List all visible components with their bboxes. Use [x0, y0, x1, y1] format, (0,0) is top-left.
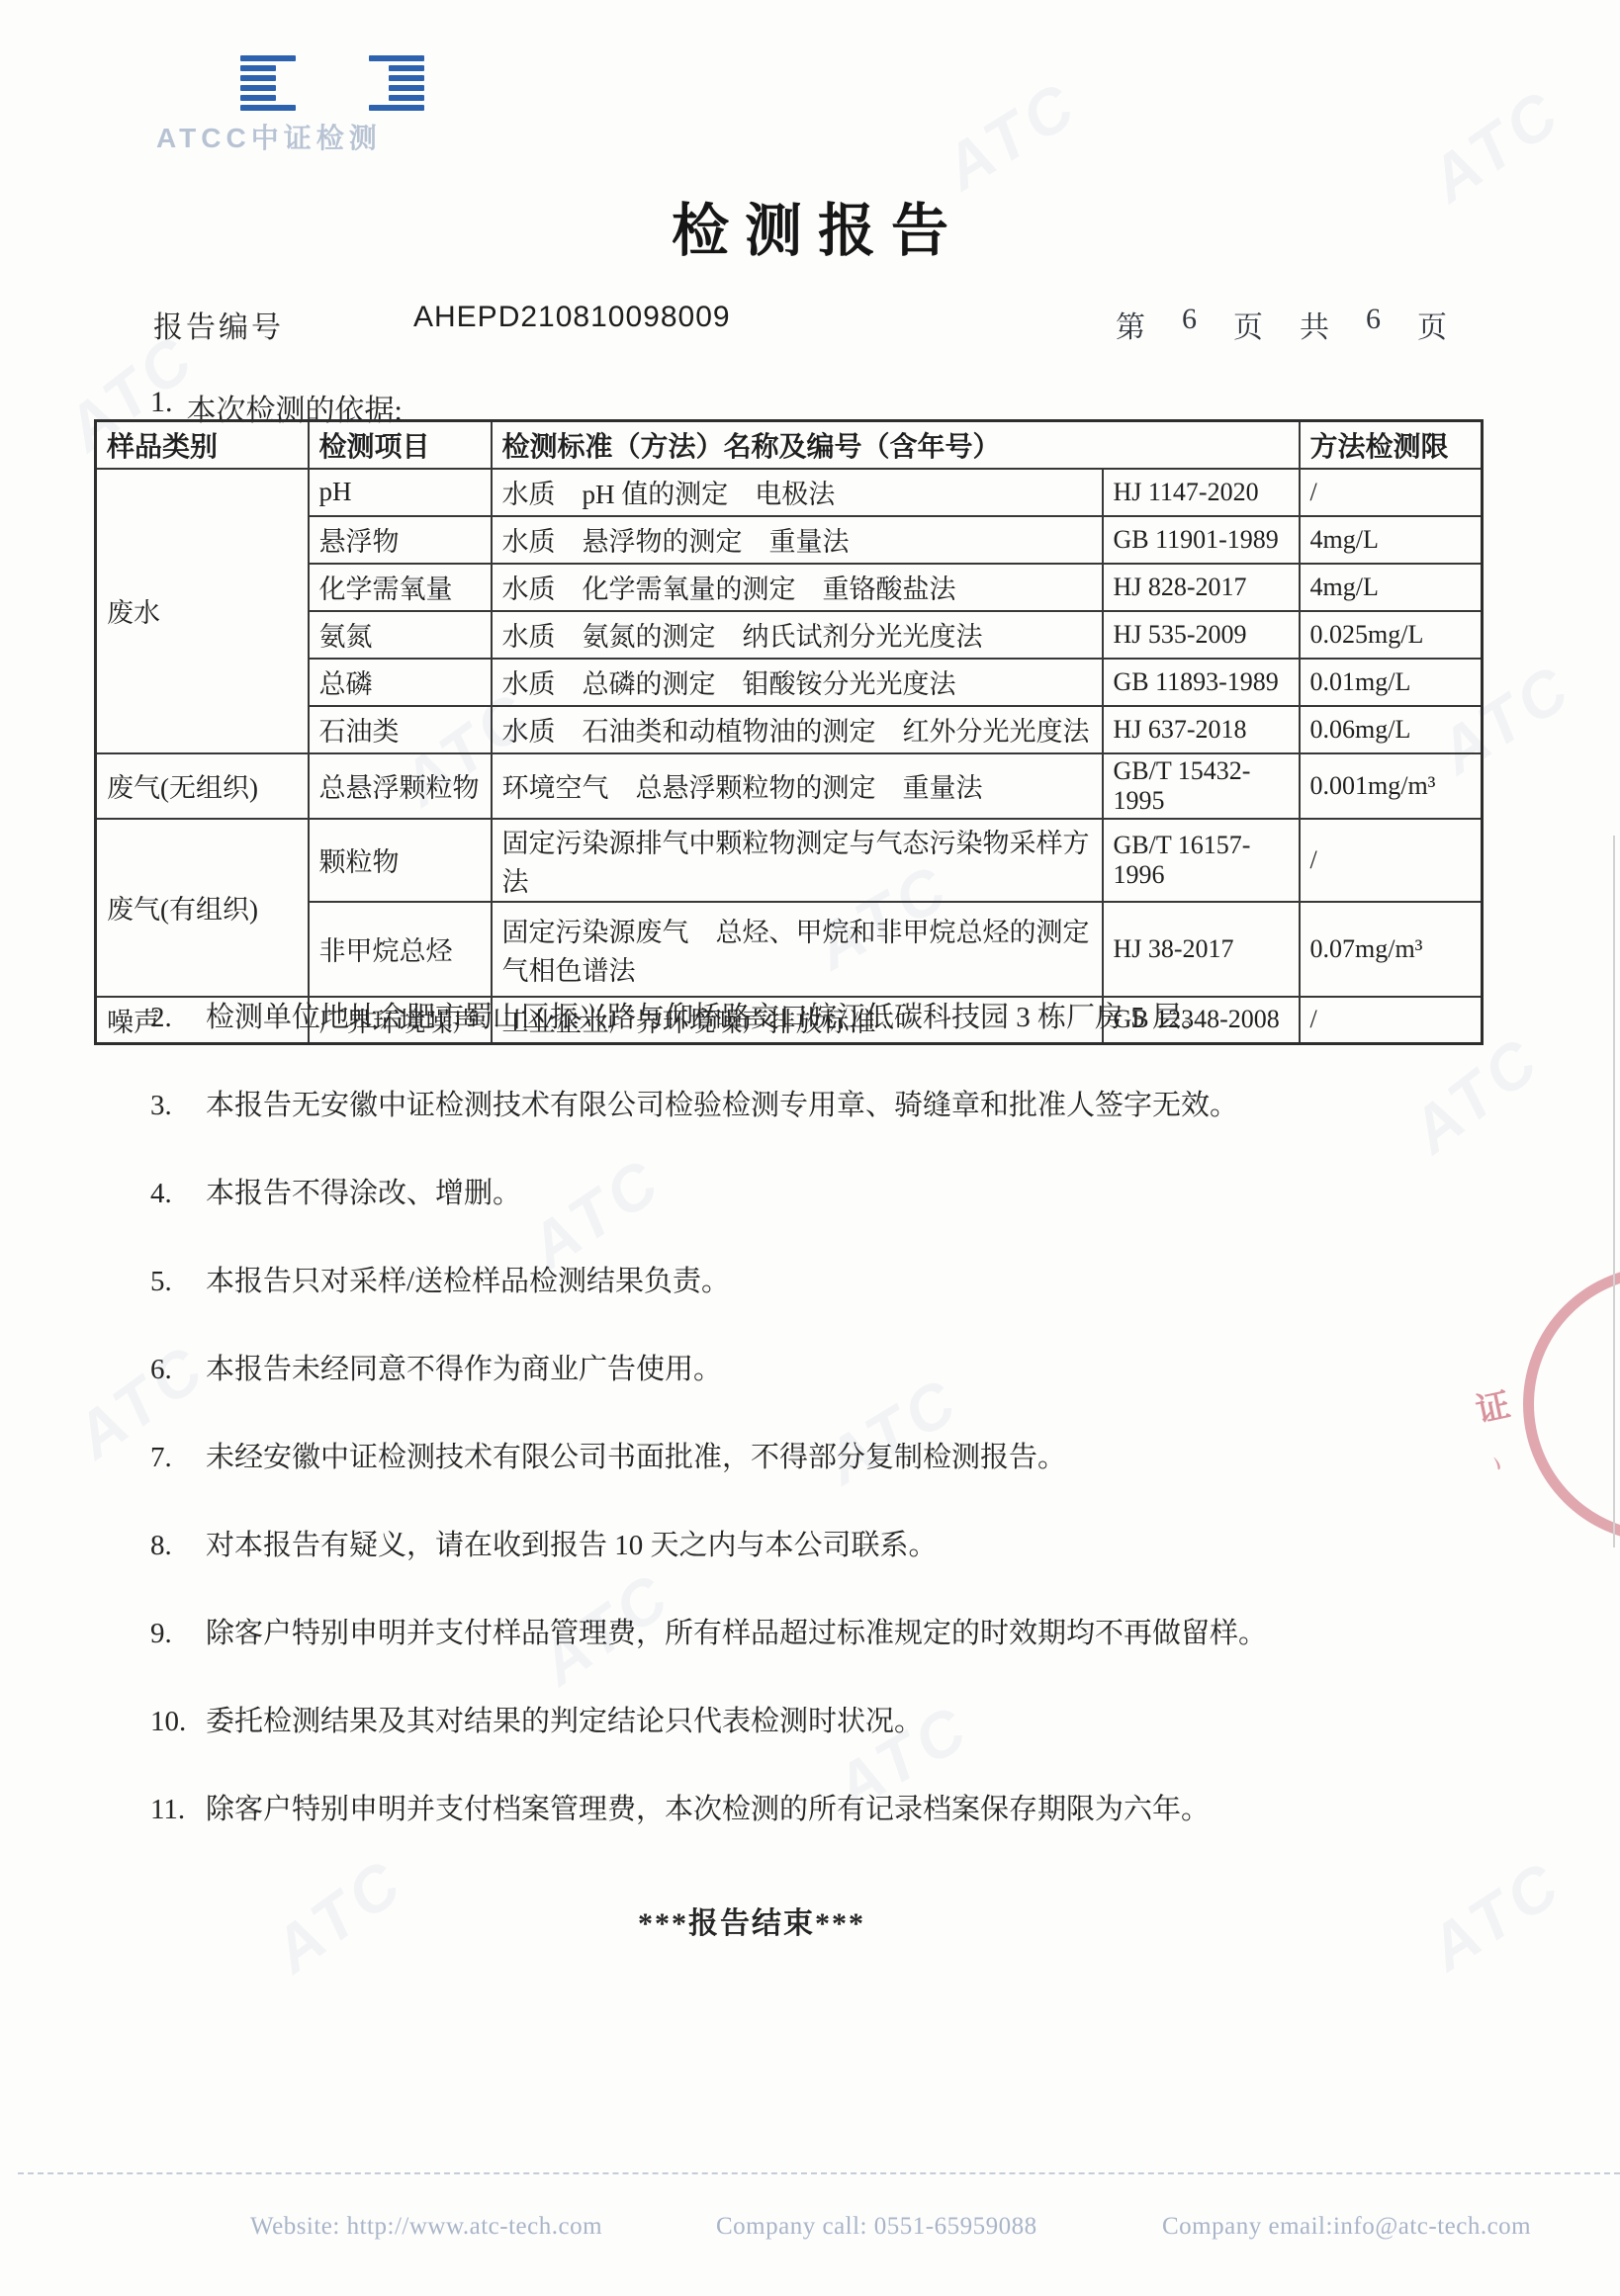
item-cell: 氨氮	[309, 611, 492, 659]
limit-cell: 0.07mg/m³	[1300, 902, 1483, 997]
note-text: 检测单位地址合肥市蜀山区振兴路与仰桥路交口皖江低碳科技园 3 栋厂房 5 层。	[206, 997, 1210, 1038]
table-row: 废气(有组织) 颗粒物 固定污染源排气中颗粒物测定与气态污染物采样方法 GB/T…	[96, 819, 1483, 902]
note-text: 本报告不得涂改、增删。	[206, 1173, 521, 1214]
note-text: 本报告未经同意不得作为商业广告使用。	[206, 1349, 722, 1390]
limit-cell: 0.025mg/L	[1300, 611, 1483, 659]
standard-code-cell: HJ 38-2017	[1103, 902, 1300, 997]
limit-cell: 4mg/L	[1300, 564, 1483, 611]
limit-cell: 0.06mg/L	[1300, 706, 1483, 753]
note-number: 10.	[150, 1701, 190, 1742]
note-number: 11.	[150, 1789, 190, 1830]
report-no-value: AHEPD210810098009	[413, 301, 731, 334]
note-text: 对本报告有疑义，请在收到报告 10 天之内与本公司联系。	[206, 1525, 938, 1566]
method-cell: 水质 化学需氧量的测定 重铬酸盐法	[492, 564, 1103, 611]
note-item: 8. 对本报告有疑义，请在收到报告 10 天之内与本公司联系。	[150, 1525, 1575, 1566]
company-logo-icon	[240, 55, 361, 115]
method-cell: 水质 pH 值的测定 电极法	[492, 469, 1103, 516]
note-item: 3. 本报告无安徽中证检测技术有限公司检验检测专用章、骑缝章和批准人签字无效。	[150, 1085, 1575, 1126]
category-cell: 废气(无组织)	[96, 753, 309, 819]
limit-cell: 0.001mg/m³	[1300, 753, 1483, 819]
note-item: 5. 本报告只对采样/送检样品检测结果负责。	[150, 1261, 1575, 1302]
table-row: 废气(无组织) 总悬浮颗粒物 环境空气 总悬浮颗粒物的测定 重量法 GB/T 1…	[96, 753, 1483, 819]
category-cell: 废水	[96, 469, 309, 753]
note-number: 6.	[150, 1349, 190, 1390]
note-item: 7. 未经安徽中证检测技术有限公司书面批准，不得部分复制检测报告。	[150, 1437, 1575, 1478]
page-indicator: 第 6 页 共 6 页	[1116, 303, 1447, 346]
col-header-category: 样品类别	[96, 421, 309, 469]
item-cell: 石油类	[309, 706, 492, 753]
page-title: 检测报告	[0, 184, 1620, 267]
table-header-row: 样品类别 检测项目 检测标准（方法）名称及编号（含年号） 方法检测限	[96, 421, 1483, 469]
note-number: 4.	[150, 1173, 190, 1214]
standard-code-cell: HJ 535-2009	[1103, 611, 1300, 659]
note-text: 本报告只对采样/送检样品检测结果负责。	[206, 1261, 730, 1302]
logo-right-bracket-icon	[369, 55, 424, 111]
item-cell: 总悬浮颗粒物	[309, 753, 492, 819]
note-number: 7.	[150, 1437, 190, 1478]
item-cell: 悬浮物	[309, 516, 492, 564]
note-number: 9.	[150, 1613, 190, 1654]
note-item: 2. 检测单位地址合肥市蜀山区振兴路与仰桥路交口皖江低碳科技园 3 栋厂房 5 …	[150, 997, 1575, 1038]
footer-divider	[18, 2172, 1620, 2174]
limit-cell: /	[1300, 819, 1483, 902]
method-cell: 水质 氨氮的测定 纳氏试剂分光光度法	[492, 611, 1103, 659]
standards-table: 样品类别 检测项目 检测标准（方法）名称及编号（含年号） 方法检测限 废水 pH…	[94, 419, 1484, 1045]
note-text: 除客户特别申明并支付档案管理费，本次检测的所有记录档案保存期限为六年。	[206, 1789, 1210, 1830]
page-indicator-part: 页	[1417, 303, 1447, 346]
brand-text: ATCC中证检测	[156, 117, 493, 156]
note-item: 11. 除客户特别申明并支付档案管理费，本次检测的所有记录档案保存期限为六年。	[150, 1789, 1575, 1830]
report-page: ATC ATC ATC ATC ATC ATC ATC ATC ATC ATC …	[0, 0, 1620, 2296]
limit-cell: 0.01mg/L	[1300, 659, 1483, 706]
col-header-limit: 方法检测限	[1300, 421, 1483, 469]
note-text: 委托检测结果及其对结果的判定结论只代表检测时状况。	[206, 1701, 923, 1742]
note-number: 5.	[150, 1261, 190, 1302]
category-cell: 废气(有组织)	[96, 819, 309, 997]
footer-phone: Company call: 0551-65959088	[716, 2213, 1037, 2241]
col-header-standard: 检测标准（方法）名称及编号（含年号）	[492, 421, 1300, 469]
item-cell: 颗粒物	[309, 819, 492, 902]
standard-code-cell: HJ 637-2018	[1103, 706, 1300, 753]
standard-code-cell: HJ 828-2017	[1103, 564, 1300, 611]
page-indicator-total: 6	[1366, 303, 1381, 346]
footer-email: Company email:info@atc-tech.com	[1162, 2213, 1531, 2241]
page-indicator-current: 6	[1182, 303, 1197, 346]
report-end-mark: ***报告结束***	[0, 1899, 1503, 1942]
method-cell: 水质 悬浮物的测定 重量法	[492, 516, 1103, 564]
method-cell: 水质 石油类和动植物油的测定 红外分光光度法	[492, 706, 1103, 753]
page-indicator-part: 页	[1233, 303, 1263, 346]
limit-cell: 4mg/L	[1300, 516, 1483, 564]
note-item: 4. 本报告不得涂改、增删。	[150, 1173, 1575, 1214]
method-cell: 固定污染源排气中颗粒物测定与气态污染物采样方法	[492, 819, 1103, 902]
note-number: 8.	[150, 1525, 190, 1566]
report-no-label: 报告编号	[153, 303, 284, 346]
item-cell: 总磷	[309, 659, 492, 706]
standard-code-cell: GB 11901-1989	[1103, 516, 1300, 564]
standard-code-cell: GB/T 16157-1996	[1103, 819, 1300, 902]
method-cell: 环境空气 总悬浮颗粒物的测定 重量法	[492, 753, 1103, 819]
standard-code-cell: GB 11893-1989	[1103, 659, 1300, 706]
table-row: 废水 pH 水质 pH 值的测定 电极法 HJ 1147-2020 /	[96, 469, 1483, 516]
scan-edge-line	[1613, 836, 1615, 1547]
standard-code-cell: GB/T 15432-1995	[1103, 753, 1300, 819]
note-text: 本报告无安徽中证检测技术有限公司检验检测专用章、骑缝章和批准人签字无效。	[206, 1085, 1238, 1126]
note-item: 6. 本报告未经同意不得作为商业广告使用。	[150, 1349, 1575, 1390]
method-cell: 水质 总磷的测定 钼酸铵分光光度法	[492, 659, 1103, 706]
note-text: 未经安徽中证检测技术有限公司书面批准，不得部分复制检测报告。	[206, 1437, 1066, 1478]
limit-cell: /	[1300, 469, 1483, 516]
note-text: 除客户特别申明并支付样品管理费，所有样品超过标准规定的时效期均不再做留样。	[206, 1613, 1267, 1654]
footer-website: Website: http://www.atc-tech.com	[250, 2213, 602, 2241]
col-header-item: 检测项目	[309, 421, 492, 469]
standard-code-cell: HJ 1147-2020	[1103, 469, 1300, 516]
logo-left-bracket-icon	[240, 55, 296, 111]
item-cell: 非甲烷总烃	[309, 902, 492, 997]
item-cell: pH	[309, 469, 492, 516]
page-indicator-part: 共	[1300, 303, 1329, 346]
note-item: 9. 除客户特别申明并支付样品管理费，所有样品超过标准规定的时效期均不再做留样。	[150, 1613, 1575, 1654]
note-number: 3.	[150, 1085, 190, 1126]
item-cell: 化学需氧量	[309, 564, 492, 611]
note-number: 2.	[150, 997, 190, 1038]
page-indicator-part: 第	[1116, 303, 1145, 346]
method-cell: 固定污染源废气 总烃、甲烷和非甲烷总烃的测定 气相色谱法	[492, 902, 1103, 997]
notes-list: 2. 检测单位地址合肥市蜀山区振兴路与仰桥路交口皖江低碳科技园 3 栋厂房 5 …	[150, 997, 1575, 1877]
note-item: 10. 委托检测结果及其对结果的判定结论只代表检测时状况。	[150, 1701, 1575, 1742]
